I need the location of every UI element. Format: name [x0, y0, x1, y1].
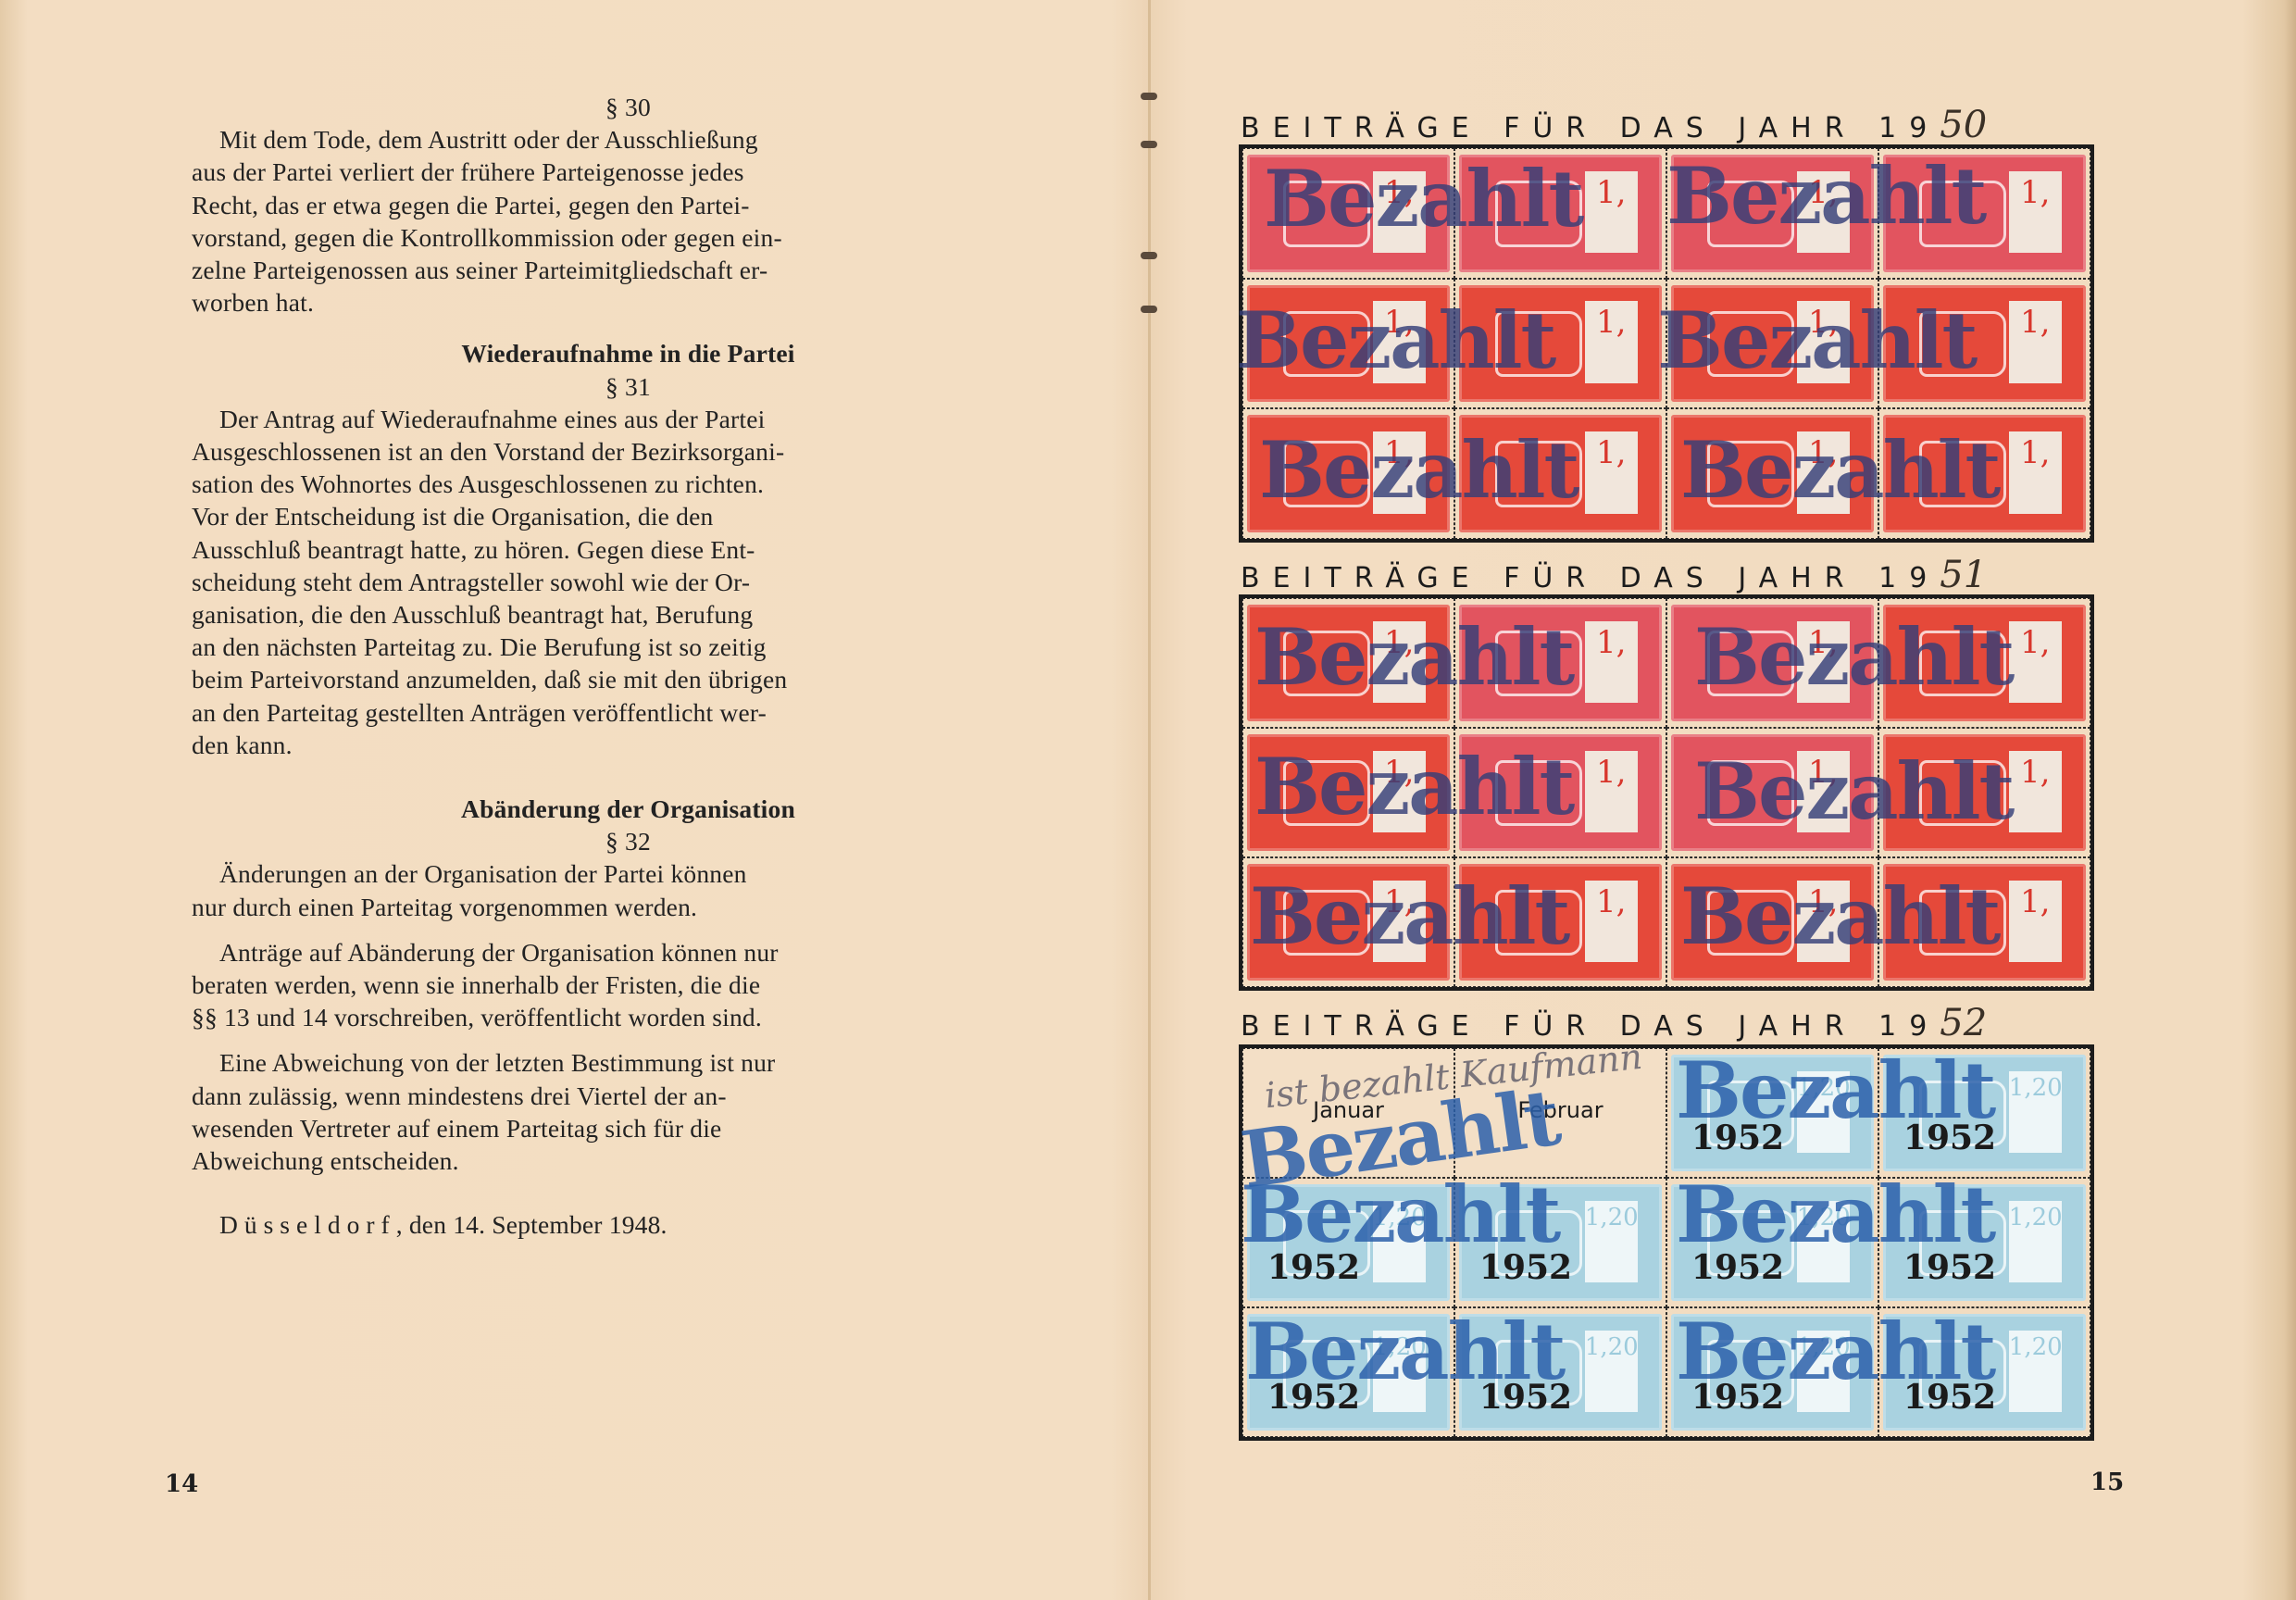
dues-stamp: 1,: [1459, 285, 1662, 403]
stamp-grid-1951: 1, 1, 1, 1, 1, 1, 1, 1, 1, 1, 1, 1,: [1239, 594, 2094, 991]
statute-text: § 30 Mit dem Tode, dem Austritt oder der…: [192, 91, 1065, 1242]
handwritten-year: 51: [1940, 554, 1987, 596]
party-logo-icon: [1707, 441, 1794, 507]
text-line: sation des Wohnortes des Ausgeschlossene…: [192, 468, 1065, 500]
stamp-value: 1,20: [2009, 1201, 2062, 1282]
stamp-cell: 1,201952: [1454, 1178, 1666, 1307]
page-number-right: 15: [2090, 1469, 2124, 1496]
stamp-value: 1,20: [1373, 1331, 1426, 1412]
dues-stamp: 1,: [1883, 155, 2086, 272]
dues-stamp: 1,201952: [1247, 1184, 1450, 1301]
dues-stamp: 1,: [1883, 415, 2086, 532]
text-line: beim Parteivorstand anzumelden, daß sie …: [192, 663, 1065, 695]
dues-stamp: 1,: [1459, 155, 1662, 272]
stamp-value: 1,: [1797, 751, 1850, 832]
month-label: Februar: [1455, 1097, 1666, 1123]
dues-stamp: 1,201952: [1459, 1184, 1662, 1301]
stamp-cell: 1,: [1242, 857, 1454, 987]
stamp-cell: 1,201952: [1242, 1178, 1454, 1307]
stamp-cell: 1,201952: [1666, 1178, 1878, 1307]
stamp-cell: 1,: [1242, 408, 1454, 539]
staple-hole: [1141, 252, 1157, 259]
stamp-value: 1,: [1797, 431, 1850, 514]
dues-stamp: 1,: [1883, 285, 2086, 403]
party-logo-icon: [1919, 181, 2006, 247]
stamp-value: 1,20: [1373, 1201, 1426, 1282]
text-line: an den nächsten Parteitag zu. Die Berufu…: [192, 631, 1065, 663]
stamp-value: 1,: [1585, 881, 1638, 962]
party-logo-icon: [1707, 311, 1794, 378]
party-logo-icon: [1919, 311, 2006, 378]
stamp-year-overprint: 1952: [1903, 1248, 1996, 1287]
stamp-cell: 1,201952: [1666, 1048, 1878, 1178]
stamp-cell: 1,: [1878, 728, 2090, 857]
party-logo-icon: [1919, 441, 2006, 507]
dues-stamp: 1,: [1671, 285, 1874, 403]
text-line: dann zulässig, wenn mindestens drei Vier…: [192, 1080, 1065, 1112]
text-line: Mit dem Tode, dem Austritt oder der Auss…: [192, 123, 1065, 156]
stamp-cell: 1,: [1454, 408, 1666, 539]
dues-stamp: 1,: [1247, 734, 1450, 851]
text-line: an den Parteitag gestellten Anträgen ver…: [192, 696, 1065, 729]
stamp-cell: 1,201952: [1666, 1307, 1878, 1437]
stamp-cell: 1,: [1242, 598, 1454, 728]
stamp-year-overprint: 1952: [1267, 1248, 1360, 1287]
dues-stamp: 1,: [1883, 605, 2086, 721]
party-logo-icon: [1707, 890, 1794, 956]
stamp-year-overprint: 1952: [1903, 1378, 1996, 1417]
stamp-cell: 1,201952: [1878, 1048, 2090, 1178]
stamp-cell: 1,: [1666, 408, 1878, 539]
text-line: Recht, das er etwa gegen die Partei, geg…: [192, 189, 1065, 221]
stamp-year-overprint: 1952: [1691, 1248, 1784, 1287]
text-line: scheidung steht dem Antragsteller sowohl…: [192, 566, 1065, 598]
text-line: Ausschluß beantragt hatte, zu hören. Geg…: [192, 533, 1065, 566]
book-gutter: [1148, 0, 1151, 1600]
party-logo-icon: [1707, 181, 1794, 247]
text-line: wesenden Vertreter auf einem Parteitag s…: [192, 1112, 1065, 1144]
stamp-cell: 1,: [1242, 728, 1454, 857]
stamp-cell: 1,: [1454, 148, 1666, 279]
contribution-year-title: BEITRÄGE FÜR DAS JAHR 1952: [1241, 1002, 2097, 1044]
stamp-cell: 1,201952: [1242, 1307, 1454, 1437]
dues-stamp: 1,201952: [1671, 1055, 1874, 1171]
dues-stamp: 1,: [1671, 864, 1874, 981]
dues-stamp: 1,201952: [1671, 1314, 1874, 1431]
party-logo-icon: [1283, 890, 1370, 956]
contribution-year-title: BEITRÄGE FÜR DAS JAHR 1951: [1241, 554, 2097, 596]
stamp-value: 1,: [1585, 751, 1638, 832]
party-logo-icon: [1495, 181, 1582, 247]
stamp-value: 1,20: [2009, 1071, 2062, 1153]
stamp-cell: 1,: [1666, 857, 1878, 987]
party-logo-icon: [1919, 631, 2006, 697]
stamp-cell: 1,201952: [1454, 1307, 1666, 1437]
stamp-cell: 1,: [1666, 728, 1878, 857]
stamp-year-overprint: 1952: [1903, 1119, 1996, 1157]
stamp-value: 1,: [2009, 171, 2062, 254]
dues-stamp: 1,: [1247, 605, 1450, 721]
year-title-text: BEITRÄGE FÜR DAS JAHR 19: [1241, 1010, 1940, 1043]
text-line: §§ 13 und 14 vorschreiben, veröffentlich…: [192, 1001, 1065, 1033]
text-line: Ausgeschlossenen ist an den Vorstand der…: [192, 435, 1065, 468]
stamp-cell: 1,201952: [1878, 1307, 2090, 1437]
stamp-cell: 1,: [1666, 598, 1878, 728]
party-logo-icon: [1919, 890, 2006, 956]
party-logo-icon: [1283, 181, 1370, 247]
text-line: Änderungen an der Organisation der Parte…: [192, 857, 1065, 890]
year-title-text: BEITRÄGE FÜR DAS JAHR 19: [1241, 112, 1940, 144]
text-line: Vor der Entscheidung ist die Organisatio…: [192, 500, 1065, 532]
place-name: Düsseldorf: [219, 1210, 396, 1239]
dues-stamp: 1,: [1247, 285, 1450, 403]
staple-hole: [1141, 306, 1157, 313]
place-date-line: Düsseldorf, den 14. September 1948.: [192, 1208, 1065, 1241]
text-line: Der Antrag auf Wiederaufnahme eines aus …: [192, 403, 1065, 435]
stamp-value: 1,20: [1585, 1201, 1638, 1282]
dues-stamp: 1,: [1671, 605, 1874, 721]
stamp-grid-1950: 1, 1, 1, 1, 1, 1, 1, 1, 1, 1, 1, 1,: [1239, 144, 2094, 543]
stamp-value: 1,: [2009, 431, 2062, 514]
dues-stamp: 1,: [1247, 155, 1450, 272]
stamp-value: 1,: [2009, 301, 2062, 383]
dues-stamp: 1,201952: [1883, 1055, 2086, 1171]
stamp-cell: 1,: [1878, 408, 2090, 539]
date-text: , den 14. September 1948.: [396, 1210, 668, 1239]
text-line: aus der Partei verliert der frühere Part…: [192, 156, 1065, 188]
text-line: ganisation, die den Ausschluß beantragt …: [192, 598, 1065, 631]
stamp-value: 1,: [1585, 301, 1638, 383]
stamp-value: 1,20: [1797, 1071, 1850, 1153]
stamp-cell: 1,: [1454, 598, 1666, 728]
stamp-year-overprint: 1952: [1479, 1378, 1572, 1417]
stamp-cell: 1,: [1454, 857, 1666, 987]
section-number: § 30: [192, 91, 1065, 123]
stamp-cell: 1,: [1878, 857, 2090, 987]
stamp-cell: 1,: [1454, 728, 1666, 857]
text-line: vorstand, gegen die Kontrollkommission o…: [192, 221, 1065, 254]
section-heading: Wiederaufnahme in die Partei: [192, 337, 1065, 369]
stamp-value: 1,: [1373, 301, 1426, 383]
section-heading: Abänderung der Organisation: [192, 793, 1065, 825]
dues-stamp: 1,: [1459, 864, 1662, 981]
stamp-value: 1,: [1797, 621, 1850, 703]
stamp-value: 1,: [1373, 881, 1426, 962]
dues-stamp: 1,: [1883, 864, 2086, 981]
stamp-cell: 1,: [1878, 148, 2090, 279]
dues-stamp: 1,: [1247, 864, 1450, 981]
party-logo-icon: [1707, 631, 1794, 697]
stamp-cell: 1,: [1666, 148, 1878, 279]
stamp-value: 1,20: [1797, 1201, 1850, 1282]
dues-stamp: 1,: [1883, 734, 2086, 851]
party-logo-icon: [1283, 441, 1370, 507]
dues-stamp: 1,201952: [1671, 1184, 1874, 1301]
stamp-cell: 1,: [1878, 598, 2090, 728]
party-logo-icon: [1495, 631, 1582, 697]
stamp-value: 1,: [1585, 621, 1638, 703]
text-line: zelne Parteigenossen aus seiner Parteimi…: [192, 254, 1065, 286]
party-logo-icon: [1283, 311, 1370, 378]
stamp-value: 1,: [1373, 621, 1426, 703]
stamp-value: 1,20: [1585, 1331, 1638, 1412]
text-line: Anträge auf Abänderung der Organisation …: [192, 936, 1065, 969]
dues-stamp: 1,: [1671, 734, 1874, 851]
stamp-value: 1,: [1585, 431, 1638, 514]
stamp-year-overprint: 1952: [1479, 1248, 1572, 1287]
text-line: beraten werden, wenn sie innerhalb der F…: [192, 969, 1065, 1001]
stamp-cell: 1,: [1666, 279, 1878, 409]
stamp-year-overprint: 1952: [1267, 1378, 1360, 1417]
dues-stamp: 1,: [1459, 605, 1662, 721]
stamp-value: 1,: [1797, 881, 1850, 962]
page-number-left: 14: [165, 1470, 198, 1498]
year-title-text: BEITRÄGE FÜR DAS JAHR 19: [1241, 562, 1940, 594]
stamp-year-overprint: 1952: [1691, 1119, 1784, 1157]
stamp-value: 1,: [2009, 881, 2062, 962]
party-logo-icon: [1495, 441, 1582, 507]
stamp-cell: 1,: [1242, 148, 1454, 279]
stamp-cell: 1,: [1242, 279, 1454, 409]
stamp-value: 1,20: [2009, 1331, 2062, 1412]
staple-hole: [1141, 141, 1157, 148]
dues-stamp: 1,: [1459, 734, 1662, 851]
dues-stamp: 1,201952: [1459, 1314, 1662, 1431]
party-logo-icon: [1919, 760, 2006, 827]
stamp-value: 1,: [1373, 431, 1426, 514]
party-logo-icon: [1707, 760, 1794, 827]
stamp-value: 1,20: [1797, 1331, 1850, 1412]
party-logo-icon: [1495, 311, 1582, 378]
stamp-value: 1,: [1373, 751, 1426, 832]
dues-stamp: 1,: [1671, 155, 1874, 272]
stamp-cell: 1,: [1454, 279, 1666, 409]
dues-stamp: 1,201952: [1883, 1184, 2086, 1301]
dues-stamp: 1,: [1459, 415, 1662, 532]
section-number: § 31: [192, 370, 1065, 403]
party-logo-icon: [1495, 760, 1582, 827]
party-logo-icon: [1283, 631, 1370, 697]
stamp-value: 1,: [2009, 621, 2062, 703]
text-line: Abweichung entscheiden.: [192, 1144, 1065, 1177]
stamp-value: 1,: [1797, 301, 1850, 383]
dues-stamp: 1,201952: [1247, 1314, 1450, 1431]
party-logo-icon: [1283, 760, 1370, 827]
handwritten-year: 52: [1940, 1002, 1987, 1044]
text-line: worben hat.: [192, 286, 1065, 319]
text-line: Eine Abweichung von der letzten Bestimmu…: [192, 1046, 1065, 1079]
stamp-cell: 1,: [1878, 279, 2090, 409]
stamp-cell: 1,201952: [1878, 1178, 2090, 1307]
dues-stamp: 1,: [1671, 415, 1874, 532]
party-logo-icon: [1495, 890, 1582, 956]
contribution-year-title: BEITRÄGE FÜR DAS JAHR 1950: [1241, 104, 2097, 146]
dues-stamp: 1,201952: [1883, 1314, 2086, 1431]
text-line: den kann.: [192, 729, 1065, 761]
dues-stamp: 1,: [1247, 415, 1450, 532]
stamp-value: 1,: [1585, 171, 1638, 254]
stamp-value: 1,: [2009, 751, 2062, 832]
stamp-value: 1,: [1797, 171, 1850, 254]
staple-hole: [1141, 93, 1157, 100]
text-line: nur durch einen Parteitag vorgenommen we…: [192, 891, 1065, 923]
handwritten-year: 50: [1940, 104, 1987, 146]
stamp-year-overprint: 1952: [1691, 1378, 1784, 1417]
stamp-value: 1,: [1373, 171, 1426, 254]
section-number: § 32: [192, 825, 1065, 857]
